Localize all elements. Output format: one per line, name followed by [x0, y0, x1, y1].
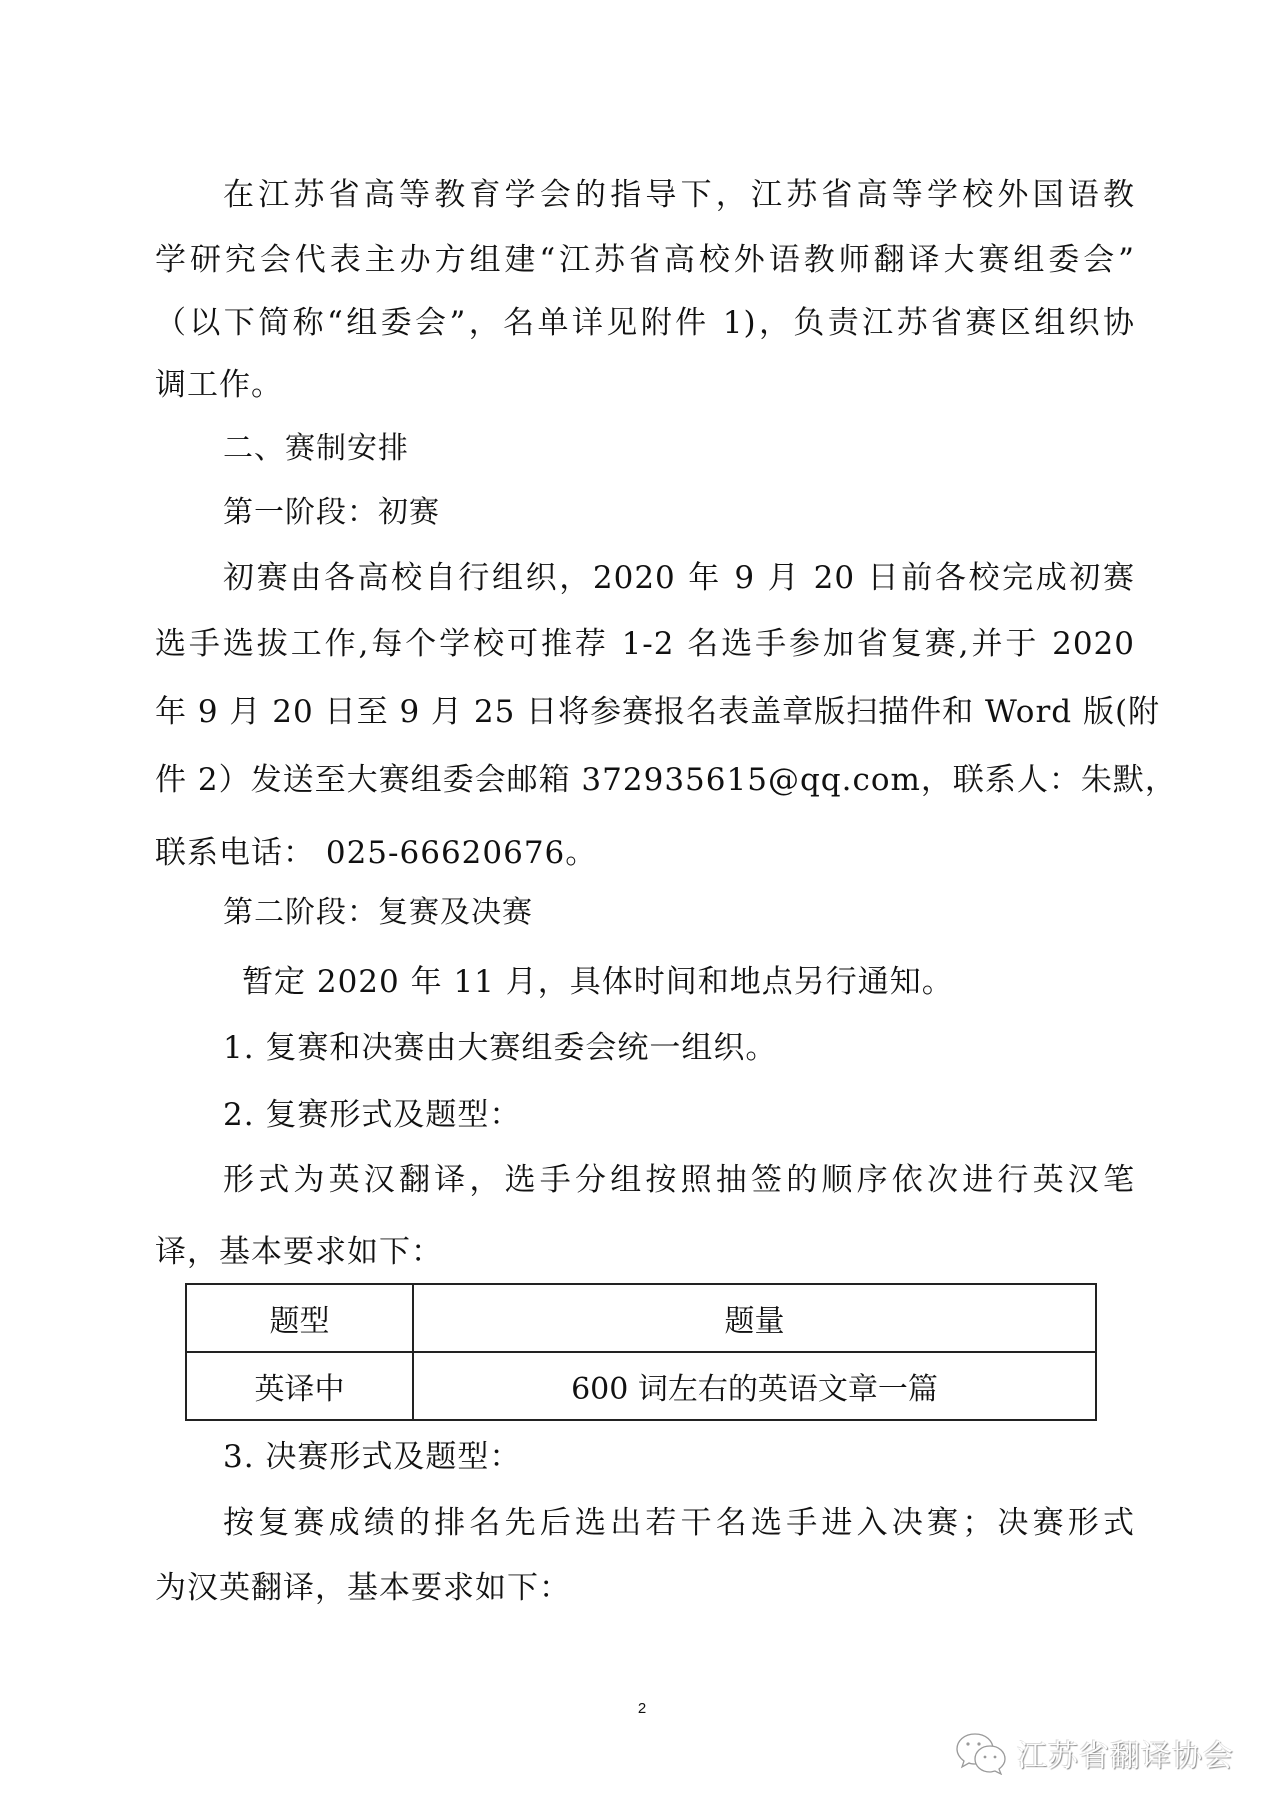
wechat-icon	[955, 1731, 1009, 1775]
paragraph-line: 译，基本要求如下：	[155, 1229, 1135, 1275]
paragraph-line: 按复赛成绩的排名先后选出若干名选手进入决赛；决赛形式	[223, 1500, 1135, 1546]
section-heading: 二、赛制安排	[223, 426, 1135, 472]
table-cell: 英译中	[186, 1352, 413, 1420]
table-header-cell: 题型	[186, 1284, 413, 1352]
table-header-row: 题型 题量	[186, 1284, 1096, 1352]
paragraph-line: 年 9 月 20 日至 9 月 25 日将参赛报名表盖章版扫描件和 Word 版…	[155, 689, 1135, 735]
paragraph-line: 为汉英翻译，基本要求如下：	[155, 1565, 1135, 1611]
paragraph-line: 选手选拔工作,每个学校可推荐 1-2 名选手参加省复赛,并于 2020	[155, 621, 1135, 667]
stage1-heading: 第一阶段：初赛	[223, 490, 1135, 536]
watermark-text: 江苏省翻译协会	[1017, 1731, 1234, 1775]
table-row: 英译中 600 词左右的英语文章一篇	[186, 1352, 1096, 1420]
paragraph-line: 件 2）发送至大赛组委会邮箱 372935615@qq.com，联系人：朱默，	[155, 757, 1135, 803]
paragraph-line: 形式为英汉翻译，选手分组按照抽签的顺序依次进行英汉笔	[223, 1157, 1135, 1203]
schedule-text: 暂定 2020 年 11 月，具体时间和地点另行通知。	[242, 959, 1135, 1005]
watermark: 江苏省翻译协会	[955, 1731, 1234, 1775]
paragraph-line: 学研究会代表主办方组建“江苏省高校外语教师翻译大赛组委会”	[155, 237, 1135, 283]
requirements-table: 题型 题量 英译中 600 词左右的英语文章一篇	[185, 1283, 1097, 1421]
document-page: 在江苏省高等教育学会的指导下，江苏省高等学校外国语教 学研究会代表主办方组建“江…	[0, 0, 1280, 1810]
paragraph-line: 初赛由各高校自行组织，2020 年 9 月 20 日前各校完成初赛	[223, 555, 1135, 601]
table-cell: 600 词左右的英语文章一篇	[413, 1352, 1096, 1420]
paragraph-line: 联系电话： 025-66620676。	[155, 830, 1135, 876]
list-item-1: 1. 复赛和决赛由大赛组委会统一组织。	[223, 1025, 1135, 1071]
stage2-heading: 第二阶段：复赛及决赛	[223, 890, 1135, 936]
list-item-3: 3. 决赛形式及题型：	[223, 1434, 1135, 1480]
table-header-cell: 题量	[413, 1284, 1096, 1352]
paragraph-line: （以下简称“组委会”，名单详见附件 1)，负责江苏省赛区组织协	[155, 300, 1135, 346]
paragraph-line: 调工作。	[155, 362, 1135, 408]
list-item-2: 2. 复赛形式及题型：	[223, 1092, 1135, 1138]
paragraph-line: 在江苏省高等教育学会的指导下，江苏省高等学校外国语教	[223, 172, 1135, 218]
page-number: 2	[632, 1700, 652, 1717]
